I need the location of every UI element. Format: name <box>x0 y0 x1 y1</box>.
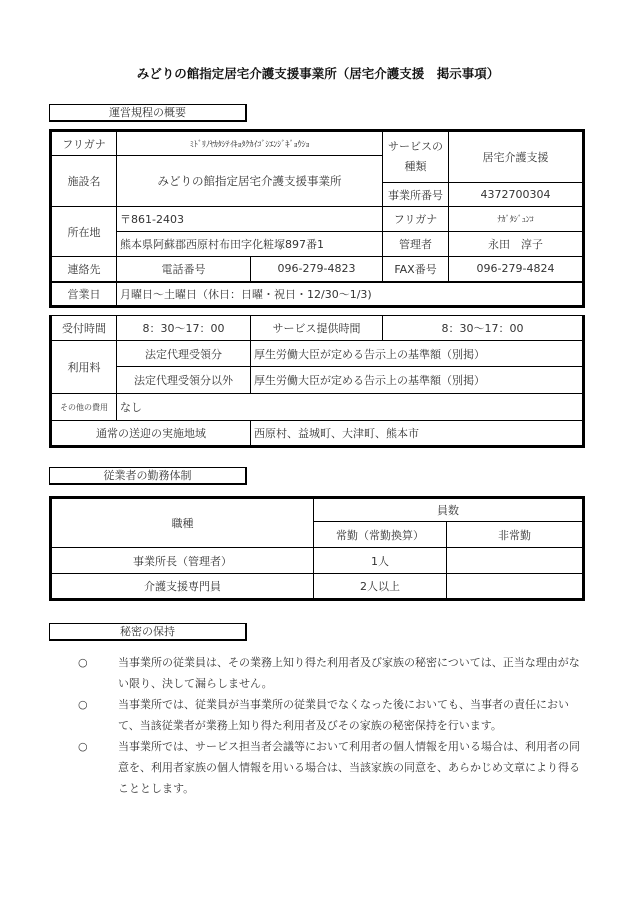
table-row: 介護支援専門員 2人以上 <box>51 574 584 600</box>
facility-value: みどりの館指定居宅介護支援事業所 <box>117 156 383 207</box>
table-row: 事業所長（管理者） 1人 <box>51 548 584 574</box>
full-time-cell: 2人以上 <box>314 574 447 600</box>
list-item: ○ 当事業所では、サービス担当者会議等において利用者の個人情報を用いる場合は、利… <box>60 736 580 799</box>
service-type-value: 居宅介護支援 <box>449 131 584 183</box>
circle-bullet-icon: ○ <box>60 652 118 694</box>
confidentiality-list: ○ 当事業所の従業員は、その業務上知り得た利用者及び家族の秘密については、正当な… <box>60 652 580 799</box>
transport-area-label: 通常の送迎の実施地域 <box>51 421 251 447</box>
section-staffing-heading: 従業者の勤務体制 <box>49 467 247 485</box>
business-days-value: 月曜日～土曜日（休日：日曜・祝日・12/30～1/3) <box>117 282 584 307</box>
part-time-cell <box>447 548 584 574</box>
fee-label: 利用料 <box>51 341 117 394</box>
phone-label: 電話番号 <box>117 257 251 282</box>
transport-area-value: 西原村、益城町、大津町、熊本市 <box>251 421 584 447</box>
job-type-header: 職種 <box>51 498 314 548</box>
overview-table-lower: 受付時間 8：30～17：00 サービス提供時間 8：30～17：00 利用料 … <box>49 315 585 448</box>
other-fees-label: その他の費用 <box>51 394 117 421</box>
fax-value: 096-279-4824 <box>449 257 584 282</box>
list-item-text: 当事業所では、サービス担当者会議等において利用者の個人情報を用いる場合は、利用者… <box>118 736 580 799</box>
address: 熊本県阿蘇郡西原村布田字化粧塚897番1 <box>117 232 383 257</box>
office-number-value: 4372700304 <box>449 183 584 207</box>
list-item-text: 当事業所では、従業員が当事業所の従業員でなくなった後においても、当事者の責任にお… <box>118 694 580 736</box>
job-cell: 事業所長（管理者） <box>51 548 314 574</box>
part-time-header: 非常勤 <box>447 522 584 548</box>
office-number-label: 事業所番号 <box>383 183 449 207</box>
service-hours-label: サービス提供時間 <box>251 316 383 341</box>
section-confidentiality-heading: 秘密の保持 <box>49 623 247 641</box>
other-fees-value: なし <box>117 394 584 421</box>
full-time-header: 常勤（常勤換算） <box>314 522 447 548</box>
part-time-cell <box>447 574 584 600</box>
section-overview-heading: 運営規程の概要 <box>49 104 247 122</box>
fee-row-label: 法定代理受領分以外 <box>117 367 251 394</box>
reception-value: 8：30～17：00 <box>117 316 251 341</box>
job-cell: 介護支援専門員 <box>51 574 314 600</box>
phone-value: 096-279-4823 <box>251 257 383 282</box>
furigana-label: フリガナ <box>51 131 117 156</box>
manager-label: 管理者 <box>383 232 449 257</box>
full-time-cell: 1人 <box>314 548 447 574</box>
manager-furigana-value: ﾅｶﾞﾀｼﾞｭﾝｺ <box>449 207 584 232</box>
location-label: 所在地 <box>51 207 117 257</box>
fax-label: FAX番号 <box>383 257 449 282</box>
staffing-table: 職種 員数 常勤（常勤換算） 非常勤 事業所長（管理者） 1人 介護支援専門員 … <box>49 496 585 601</box>
count-header: 員数 <box>314 498 584 522</box>
reception-label: 受付時間 <box>51 316 117 341</box>
fee-row-value: 厚生労働大臣が定める告示上の基準額（別掲） <box>251 341 584 367</box>
manager-furigana-label: フリガナ <box>383 207 449 232</box>
service-type-label: サービスの種類 <box>383 131 449 183</box>
manager-value: 永田 淳子 <box>449 232 584 257</box>
page-title: みどりの館指定居宅介護支援事業所（居宅介護支援 掲示事項） <box>0 64 636 82</box>
fee-row-label: 法定代理受領分 <box>117 341 251 367</box>
list-item: ○ 当事業所では、従業員が当事業所の従業員でなくなった後においても、当事者の責任… <box>60 694 580 736</box>
service-hours-value: 8：30～17：00 <box>383 316 584 341</box>
circle-bullet-icon: ○ <box>60 736 118 799</box>
business-days-label: 営業日 <box>51 282 117 307</box>
list-item-text: 当事業所の従業員は、その業務上知り得た利用者及び家族の秘密については、正当な理由… <box>118 652 580 694</box>
contact-label: 連絡先 <box>51 257 117 282</box>
furigana-value: ﾐﾄﾞﾘﾉﾔｶﾀｼﾃｲｷｮﾀｸｶｲｺﾞｼｴﾝｼﾞｷﾞｮｳｼｮ <box>117 131 383 156</box>
postal-code: 〒861-2403 <box>117 207 383 232</box>
circle-bullet-icon: ○ <box>60 694 118 736</box>
overview-table: フリガナ ﾐﾄﾞﾘﾉﾔｶﾀｼﾃｲｷｮﾀｸｶｲｺﾞｼｴﾝｼﾞｷﾞｮｳｼｮ サービス… <box>49 129 585 308</box>
list-item: ○ 当事業所の従業員は、その業務上知り得た利用者及び家族の秘密については、正当な… <box>60 652 580 694</box>
facility-label: 施設名 <box>51 156 117 207</box>
fee-row-value: 厚生労働大臣が定める告示上の基準額（別掲） <box>251 367 584 394</box>
